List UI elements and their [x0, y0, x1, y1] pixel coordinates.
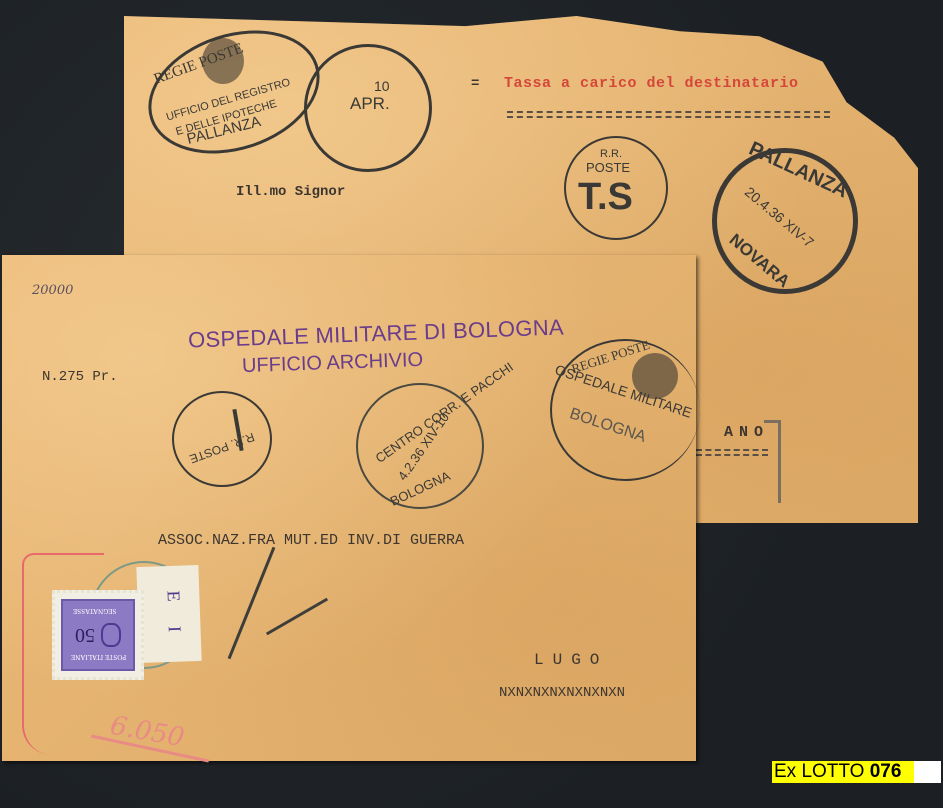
sender-name: OSPEDALE MILITARE DI BOLOGNA: [188, 314, 565, 353]
pallanza-cancel-province: NOVARA: [725, 230, 793, 292]
pallanza-cancel: PALLANZA 20.4.36 XIV-7 NOVARA: [712, 148, 858, 294]
pencil-note: 20000: [32, 283, 73, 298]
rr-poste-cancel: R.R. POSTE: [172, 391, 272, 487]
pallanza-cancel-date: 20.4.36 XIV-7: [742, 184, 817, 251]
lot-number: 076: [870, 761, 902, 782]
header-mark-left: =: [471, 76, 479, 92]
addressee-prefix: Ill.mo Signor: [236, 184, 345, 200]
stamp-value: 50: [75, 623, 95, 646]
front-envelope-cover: 20000 N.275 Pr. OSPEDALE MILITARE DI BOL…: [2, 255, 696, 761]
savoy-cross-icon: [101, 623, 121, 647]
header-underline: [507, 111, 830, 118]
rectangular-mark: [764, 420, 781, 503]
bologna-cancel: CENTRO CORR. E PACCHI 4.2.36 XIV-10 BOLO…: [356, 383, 484, 509]
ts-cancel-top: R.R.: [600, 148, 622, 160]
stamp-selvage: E I: [136, 565, 201, 663]
postage-due-stamp: SEGNATASSE 50 POSTE ITALIANE: [52, 590, 144, 680]
ts-cancel: R.R. POSTE T.S: [564, 136, 668, 240]
postage-due-header: Tassa a carico del destinatario: [504, 75, 799, 92]
destination-city: LUGO: [534, 651, 608, 669]
handwritten-mark: [228, 547, 276, 659]
addressee: ASSOC.NAZ.FRA MUT.ED INV.DI GUERRA: [158, 532, 464, 549]
partial-destination: ANO: [724, 424, 769, 441]
header-mark-right: =: [861, 76, 869, 92]
selvage-marks: E I: [162, 590, 185, 642]
ts-cancel-main: T.S: [578, 176, 633, 219]
stamp-type: SEGNATASSE: [73, 607, 116, 615]
sender-office: UFFICIO ARCHIVIO: [242, 349, 424, 378]
lot-prefix: Ex LOTTO: [774, 761, 864, 782]
stamp-country: POSTE ITALIANE: [71, 653, 126, 661]
round-cancel-day: 10: [374, 78, 390, 94]
destination-underline: [696, 449, 768, 456]
rr-poste-cancel-text: R.R. POSTE: [188, 430, 257, 466]
handwritten-mark-stroke: [266, 598, 328, 636]
ts-cancel-middle: POSTE: [586, 160, 630, 175]
reference-number: N.275 Pr.: [42, 369, 118, 385]
lot-label: Ex LOTTO 076: [772, 761, 941, 783]
round-cancel-month: APR.: [350, 94, 390, 114]
strikeout-line: NXNXNXNXNXNXNXN: [499, 685, 625, 701]
